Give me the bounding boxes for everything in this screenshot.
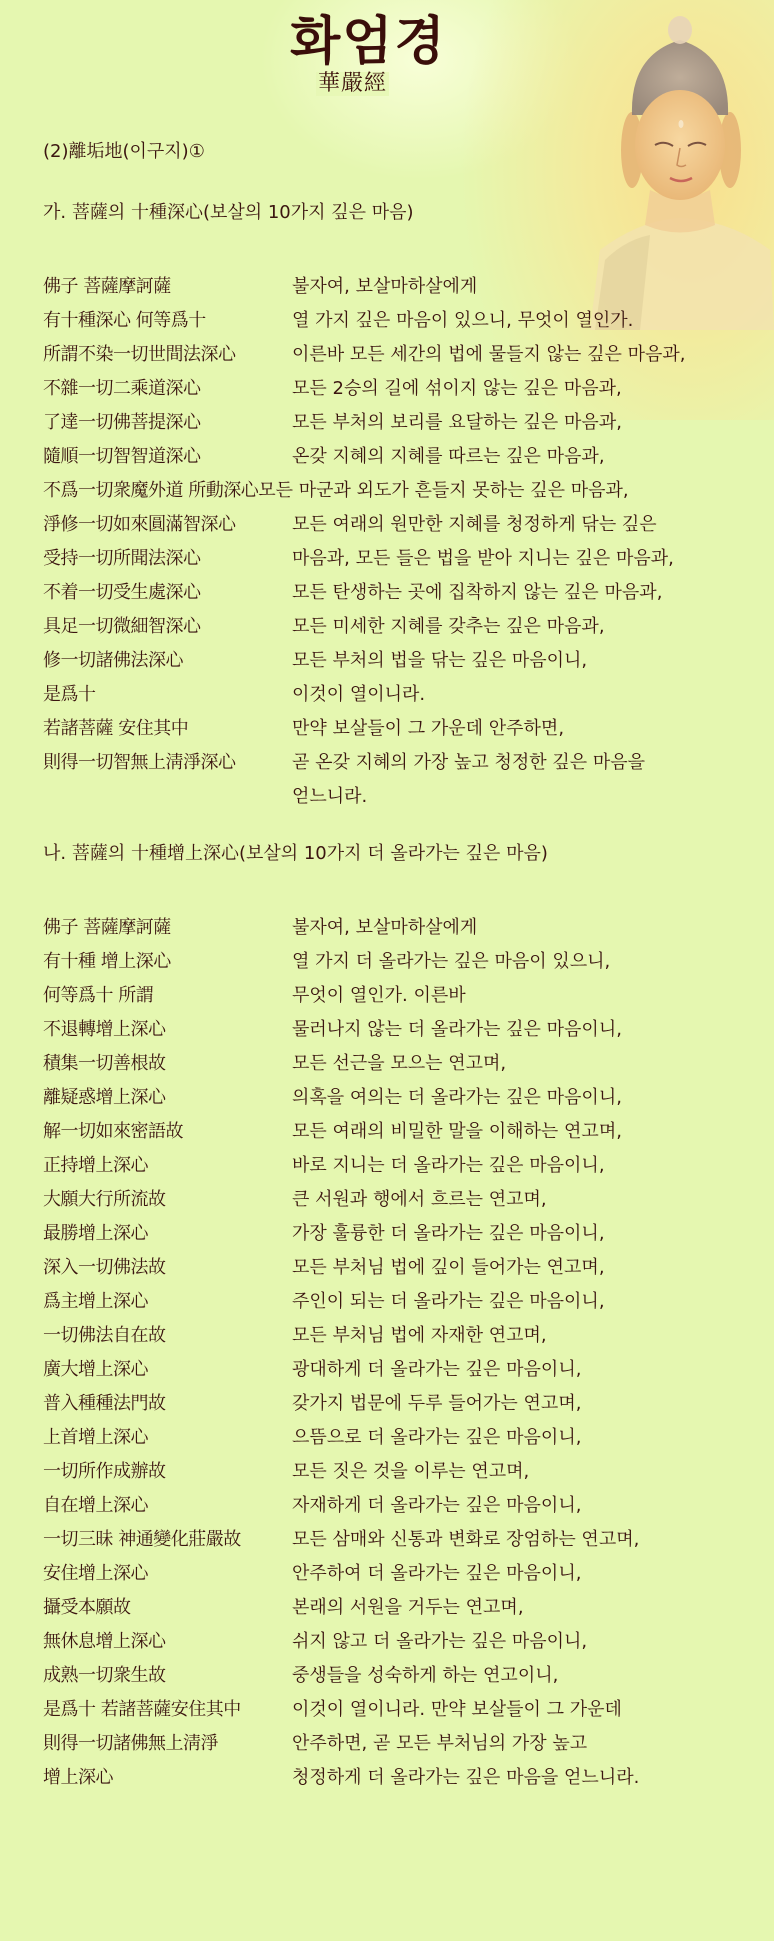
hanja-text: 若諸菩薩 安住其中: [43, 714, 292, 740]
hanja-text: 成熟一切衆生故: [43, 1661, 292, 1687]
verse-row: 則得一切智無上淸淨深心곧 온갖 지혜의 가장 높고 청정한 깊은 마음을: [43, 744, 763, 778]
hanja-text: 有十種深心 何等爲十: [43, 306, 292, 332]
verse-row: 不爲一切衆魔外道 所動深心모든 마군과 외도가 흔들지 못하는 깊은 마음과,: [43, 472, 763, 506]
hanja-text: 解一切如來密語故: [43, 1117, 292, 1143]
korean-translation: 곧 온갖 지혜의 가장 높고 청정한 깊은 마음을: [292, 748, 763, 774]
korean-translation: 이것이 열이니라.: [292, 680, 763, 706]
hanja-text: 一切所作成辦故: [43, 1457, 292, 1483]
hanja-text: 普入種種法門故: [43, 1389, 292, 1415]
korean-translation: 열 가지 더 올라가는 깊은 마음이 있으니,: [292, 947, 763, 973]
verse-row: 大願大行所流故 큰 서원과 행에서 흐르는 연고며,: [43, 1181, 763, 1215]
hanja-text: 最勝增上深心: [43, 1219, 292, 1245]
verse-row: 修一切諸佛法深心모든 부처의 법을 닦는 깊은 마음이니,: [43, 642, 763, 676]
verse-row: 廣大增上深心광대하게 더 올라가는 깊은 마음이니,: [43, 1351, 763, 1385]
korean-translation: 청정하게 더 올라가는 깊은 마음을 얻느니라.: [292, 1763, 763, 1789]
verse-row: 淨修一切如來圓滿智深心모든 여래의 원만한 지혜를 청정하게 닦는 깊은: [43, 506, 763, 540]
verse-row: 是爲十이것이 열이니라.: [43, 676, 763, 710]
verse-row: 攝受本願故 본래의 서원을 거두는 연고며,: [43, 1589, 763, 1623]
hanja-text: 不着一切受生處深心: [43, 578, 292, 604]
verse-row: 普入種種法門故 갖가지 법문에 두루 들어가는 연고며,: [43, 1385, 763, 1419]
korean-translation: 으뜸으로 더 올라가는 깊은 마음이니,: [292, 1423, 763, 1449]
korean-translation: 모든 미세한 지혜를 갖추는 깊은 마음과,: [292, 612, 763, 638]
verse-row: 了達一切佛菩提深心모든 부처의 보리를 요달하는 깊은 마음과,: [43, 404, 763, 438]
hanja-text: 增上深心: [43, 1763, 292, 1789]
korean-translation: 안주하면, 곧 모든 부처님의 가장 높고: [292, 1729, 763, 1755]
title-hanja: 華嚴經: [316, 72, 389, 96]
hanja-text: 安住增上深心: [43, 1559, 292, 1585]
hanja-text: 是爲十 若諸菩薩安住其中: [43, 1695, 292, 1721]
section-heading-2: 나. 菩薩의 十種增上深心(보살의 10가지 더 올라가는 깊은 마음): [43, 842, 763, 866]
hanja-text: 佛子 菩薩摩訶薩: [43, 272, 292, 298]
korean-translation: 광대하게 더 올라가는 깊은 마음이니,: [292, 1355, 763, 1381]
verse-row: 無休息增上深心 쉬지 않고 더 올라가는 깊은 마음이니,: [43, 1623, 763, 1657]
korean-translation: 무엇이 열인가. 이른바: [292, 981, 763, 1007]
korean-translation: 본래의 서원을 거두는 연고며,: [292, 1593, 763, 1619]
hanja-text: 深入一切佛法故: [43, 1253, 292, 1279]
verse-row: 則得一切諸佛無上淸淨안주하면, 곧 모든 부처님의 가장 높고: [43, 1725, 763, 1759]
korean-translation: 중생들을 성숙하게 하는 연고이니,: [292, 1661, 763, 1687]
title-korean: 화엄경: [290, 16, 447, 68]
verse-row: 不着一切受生處深心모든 탄생하는 곳에 집착하지 않는 깊은 마음과,: [43, 574, 763, 608]
document-body: (2)離垢地(이구지)① 가. 菩薩의 十種深心(보살의 10가지 깊은 마음)…: [43, 140, 763, 1793]
verse-row: 佛子 菩薩摩訶薩 불자여, 보살마하살에게: [43, 268, 763, 302]
korean-translation: 물러나지 않는 더 올라가는 깊은 마음이니,: [292, 1015, 763, 1041]
verse-row: 佛子 菩薩摩訶薩 불자여, 보살마하살에게: [43, 909, 763, 943]
korean-translation: 모든 여래의 원만한 지혜를 청정하게 닦는 깊은: [292, 510, 763, 536]
hanja-text: 大願大行所流故: [43, 1185, 292, 1211]
korean-translation: 모든 부처의 보리를 요달하는 깊은 마음과,: [292, 408, 763, 434]
verse-row: 有十種 增上深心 열 가지 더 올라가는 깊은 마음이 있으니,: [43, 943, 763, 977]
section-2-verses: 佛子 菩薩摩訶薩 불자여, 보살마하살에게有十種 增上深心 열 가지 더 올라가…: [43, 909, 763, 1793]
verse-row: 成熟一切衆生故 중생들을 성숙하게 하는 연고이니,: [43, 1657, 763, 1691]
korean-translation: 모든 부처님 법에 깊이 들어가는 연고며,: [292, 1253, 763, 1279]
korean-translation: 온갖 지혜의 지혜를 따르는 깊은 마음과,: [292, 442, 763, 468]
verse-row: 一切佛法自在故 모든 부처님 법에 자재한 연고며,: [43, 1317, 763, 1351]
korean-translation: 큰 서원과 행에서 흐르는 연고며,: [292, 1185, 763, 1211]
korean-translation: 마음과, 모든 들은 법을 받아 지니는 깊은 마음과,: [292, 544, 763, 570]
verse-row: 積集一切善根故모든 선근을 모으는 연고며,: [43, 1045, 763, 1079]
hanja-text: 淨修一切如來圓滿智深心: [43, 510, 292, 536]
korean-translation: 모든 부처님 법에 자재한 연고며,: [292, 1321, 763, 1347]
verse-row: 一切所作成辦故 모든 짓은 것을 이루는 연고며,: [43, 1453, 763, 1487]
korean-translation: 만약 보살들이 그 가운데 안주하면,: [292, 714, 763, 740]
korean-translation: 모든 선근을 모으는 연고며,: [292, 1049, 763, 1075]
verse-row: 具足一切微細智深心모든 미세한 지혜를 갖추는 깊은 마음과,: [43, 608, 763, 642]
hanja-text: 不爲一切衆魔外道 所動深心: [43, 476, 258, 502]
hanja-text: 修一切諸佛法深心: [43, 646, 292, 672]
hanja-text: 不雜一切二乘道深心: [43, 374, 292, 400]
verse-row: 有十種深心 何等爲十 열 가지 깊은 마음이 있으니, 무엇이 열인가.: [43, 302, 763, 336]
hanja-text: 不退轉增上深心: [43, 1015, 292, 1041]
korean-translation: 안주하여 더 올라가는 깊은 마음이니,: [292, 1559, 763, 1585]
hanja-text: 佛子 菩薩摩訶薩: [43, 913, 292, 939]
hanja-text: 具足一切微細智深心: [43, 612, 292, 638]
hanja-text: 則得一切諸佛無上淸淨: [43, 1729, 292, 1755]
hanja-text: 一切佛法自在故: [43, 1321, 292, 1347]
korean-translation: 모든 부처의 법을 닦는 깊은 마음이니,: [292, 646, 763, 672]
korean-translation: 불자여, 보살마하살에게: [292, 913, 763, 939]
verse-row: 自在增上深心자재하게 더 올라가는 깊은 마음이니,: [43, 1487, 763, 1521]
hanja-text: 所謂不染一切世間法深心: [43, 340, 292, 366]
verse-row: 增上深心 청정하게 더 올라가는 깊은 마음을 얻느니라.: [43, 1759, 763, 1793]
hanja-text: 受持一切所聞法深心: [43, 544, 292, 570]
verse-row: 離疑惑增上深心 의혹을 여의는 더 올라가는 깊은 마음이니,: [43, 1079, 763, 1113]
verse-row: 解一切如來密語故 모든 여래의 비밀한 말을 이해하는 연고며,: [43, 1113, 763, 1147]
hanja-text: 是爲十: [43, 680, 292, 706]
korean-translation: 바로 지니는 더 올라가는 깊은 마음이니,: [292, 1151, 763, 1177]
hanja-text: 自在增上深心: [43, 1491, 292, 1517]
verse-row: 何等爲十 所謂무엇이 열인가. 이른바: [43, 977, 763, 1011]
hanja-text: 有十種 增上深心: [43, 947, 292, 973]
hanja-text: 無休息增上深心: [43, 1627, 292, 1653]
hanja-text: 正持增上深心: [43, 1151, 292, 1177]
hanja-text: 上首增上深心: [43, 1423, 292, 1449]
korean-translation: 불자여, 보살마하살에게: [292, 272, 763, 298]
hanja-text: 何等爲十 所謂: [43, 981, 292, 1007]
korean-translation: 모든 2승의 길에 섞이지 않는 깊은 마음과,: [292, 374, 763, 400]
verse-row: 所謂不染一切世間法深心이른바 모든 세간의 법에 물들지 않는 깊은 마음과,: [43, 336, 763, 370]
hanja-text: 隨順一切智智道深心: [43, 442, 292, 468]
section-heading-1: 가. 菩薩의 十種深心(보살의 10가지 깊은 마음): [43, 201, 763, 225]
korean-translation: 가장 훌륭한 더 올라가는 깊은 마음이니,: [292, 1219, 763, 1245]
korean-translation: 쉬지 않고 더 올라가는 깊은 마음이니,: [292, 1627, 763, 1653]
chapter-title: (2)離垢地(이구지)①: [43, 140, 763, 164]
verse-row: 一切三昧 神通變化莊嚴故모든 삼매와 신통과 변화로 장엄하는 연고며,: [43, 1521, 763, 1555]
sutra-title-logo: 화엄경 華嚴經: [290, 22, 520, 102]
verse-row: 不雜一切二乘道深心모든 2승의 길에 섞이지 않는 깊은 마음과,: [43, 370, 763, 404]
korean-translation: 모든 짓은 것을 이루는 연고며,: [292, 1457, 763, 1483]
verse-row: 正持增上深心바로 지니는 더 올라가는 깊은 마음이니,: [43, 1147, 763, 1181]
hanja-text: 積集一切善根故: [43, 1049, 292, 1075]
korean-translation: 이것이 열이니라. 만약 보살들이 그 가운데: [292, 1695, 763, 1721]
korean-translation: 이른바 모든 세간의 법에 물들지 않는 깊은 마음과,: [292, 340, 763, 366]
hanja-text: 則得一切智無上淸淨深心: [43, 748, 292, 774]
korean-translation: 모든 삼매와 신통과 변화로 장엄하는 연고며,: [292, 1525, 763, 1551]
verse-row: 若諸菩薩 安住其中만약 보살들이 그 가운데 안주하면,: [43, 710, 763, 744]
hanja-text: 攝受本願故: [43, 1593, 292, 1619]
korean-translation: 갖가지 법문에 두루 들어가는 연고며,: [292, 1389, 763, 1415]
verse-row: 얻느니라.: [43, 778, 763, 812]
korean-translation: 의혹을 여의는 더 올라가는 깊은 마음이니,: [292, 1083, 763, 1109]
korean-translation: 모든 여래의 비밀한 말을 이해하는 연고며,: [292, 1117, 763, 1143]
korean-translation: 자재하게 더 올라가는 깊은 마음이니,: [292, 1491, 763, 1517]
verse-row: 不退轉增上深心 물러나지 않는 더 올라가는 깊은 마음이니,: [43, 1011, 763, 1045]
hanja-text: 爲主增上深心: [43, 1287, 292, 1313]
verse-row: 是爲十 若諸菩薩安住其中이것이 열이니라. 만약 보살들이 그 가운데: [43, 1691, 763, 1725]
verse-row: 隨順一切智智道深心온갖 지혜의 지혜를 따르는 깊은 마음과,: [43, 438, 763, 472]
korean-translation: 모든 탄생하는 곳에 집착하지 않는 깊은 마음과,: [292, 578, 763, 604]
verse-row: 深入一切佛法故 모든 부처님 법에 깊이 들어가는 연고며,: [43, 1249, 763, 1283]
korean-translation: 얻느니라.: [292, 782, 763, 808]
korean-translation: 열 가지 깊은 마음이 있으니, 무엇이 열인가.: [292, 306, 763, 332]
verse-row: 最勝增上深心가장 훌륭한 더 올라가는 깊은 마음이니,: [43, 1215, 763, 1249]
hanja-text: 離疑惑增上深心: [43, 1083, 292, 1109]
section-1-verses: 佛子 菩薩摩訶薩 불자여, 보살마하살에게有十種深心 何等爲十 열 가지 깊은 …: [43, 268, 763, 812]
korean-translation: 모든 마군과 외도가 흔들지 못하는 깊은 마음과,: [258, 476, 763, 502]
hanja-text: 廣大增上深心: [43, 1355, 292, 1381]
verse-row: 爲主增上深心주인이 되는 더 올라가는 깊은 마음이니,: [43, 1283, 763, 1317]
korean-translation: 주인이 되는 더 올라가는 깊은 마음이니,: [292, 1287, 763, 1313]
verse-row: 受持一切所聞法深心마음과, 모든 들은 법을 받아 지니는 깊은 마음과,: [43, 540, 763, 574]
verse-row: 上首增上深心으뜸으로 더 올라가는 깊은 마음이니,: [43, 1419, 763, 1453]
hanja-text: 一切三昧 神通變化莊嚴故: [43, 1525, 292, 1551]
hanja-text: 了達一切佛菩提深心: [43, 408, 292, 434]
verse-row: 安住增上深心안주하여 더 올라가는 깊은 마음이니,: [43, 1555, 763, 1589]
